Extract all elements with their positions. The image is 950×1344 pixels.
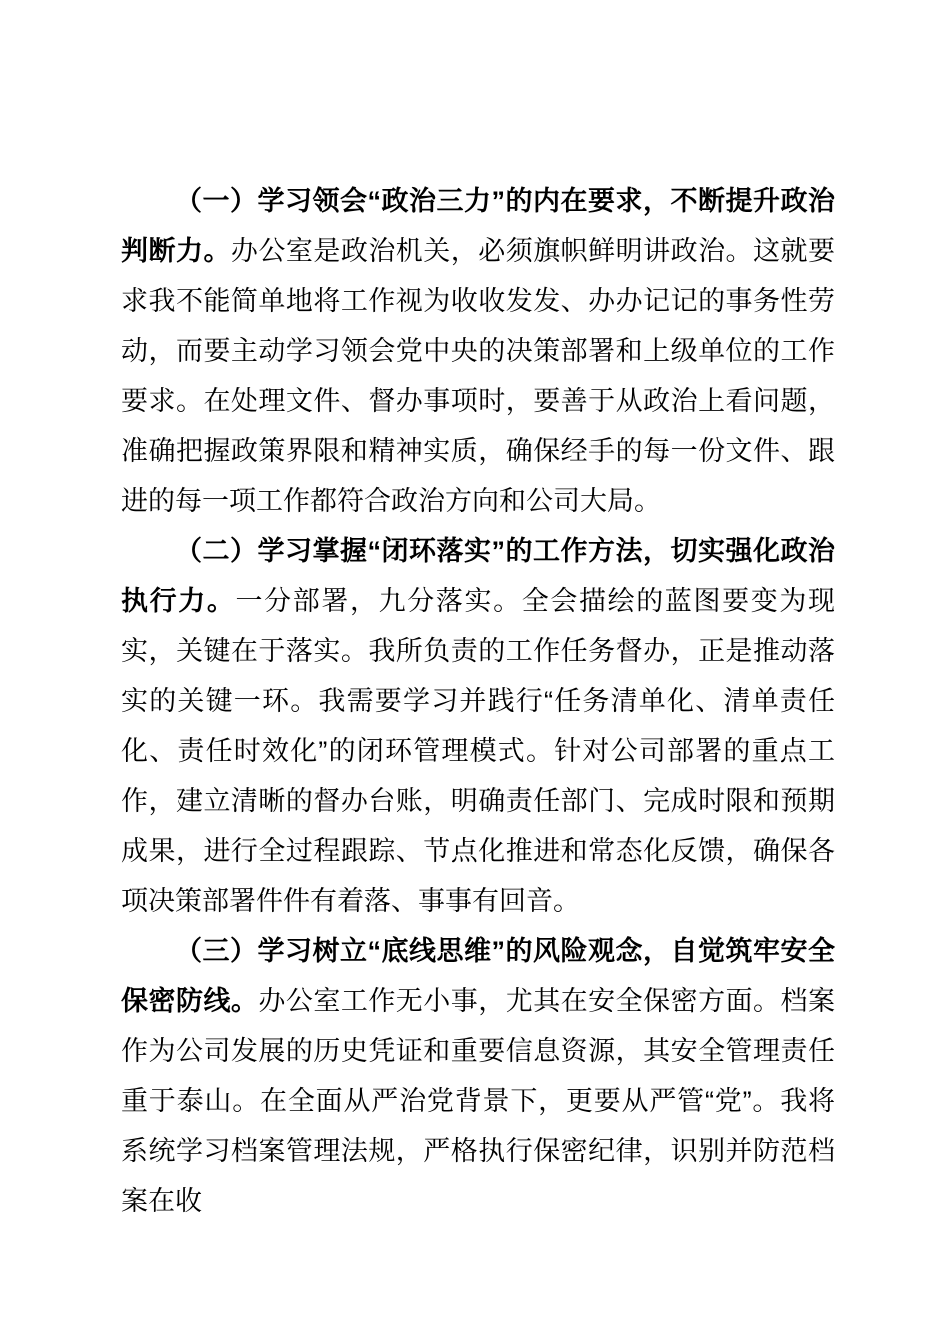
document-content: （一）学习领会“政治三力”的内在要求，不断提升政治判断力。办公室是政治机关，必须… bbox=[121, 176, 835, 1226]
paragraph-1-body: 办公室是政治机关，必须旗帜鲜明讲政治。这就要求我不能简单地将工作视为收收发发、办… bbox=[121, 236, 835, 516]
paragraph-2: （二）学习掌握“闭环落实”的工作方法，切实强化政治执行力。一分部署，九分落实。全… bbox=[121, 526, 835, 926]
paragraph-2-body: 一分部署，九分落实。全会描绘的蓝图要变为现实，关键在于落实。我所负责的工作任务督… bbox=[121, 586, 835, 916]
paragraph-1: （一）学习领会“政治三力”的内在要求，不断提升政治判断力。办公室是政治机关，必须… bbox=[121, 176, 835, 526]
document-page: （一）学习领会“政治三力”的内在要求，不断提升政治判断力。办公室是政治机关，必须… bbox=[0, 0, 950, 1344]
paragraph-3-body: 办公室工作无小事，尤其在安全保密方面。档案作为公司发展的历史凭证和重要信息资源，… bbox=[121, 986, 835, 1216]
paragraph-3: （三）学习树立“底线思维”的风险观念，自觉筑牢安全保密防线。办公室工作无小事，尤… bbox=[121, 926, 835, 1226]
